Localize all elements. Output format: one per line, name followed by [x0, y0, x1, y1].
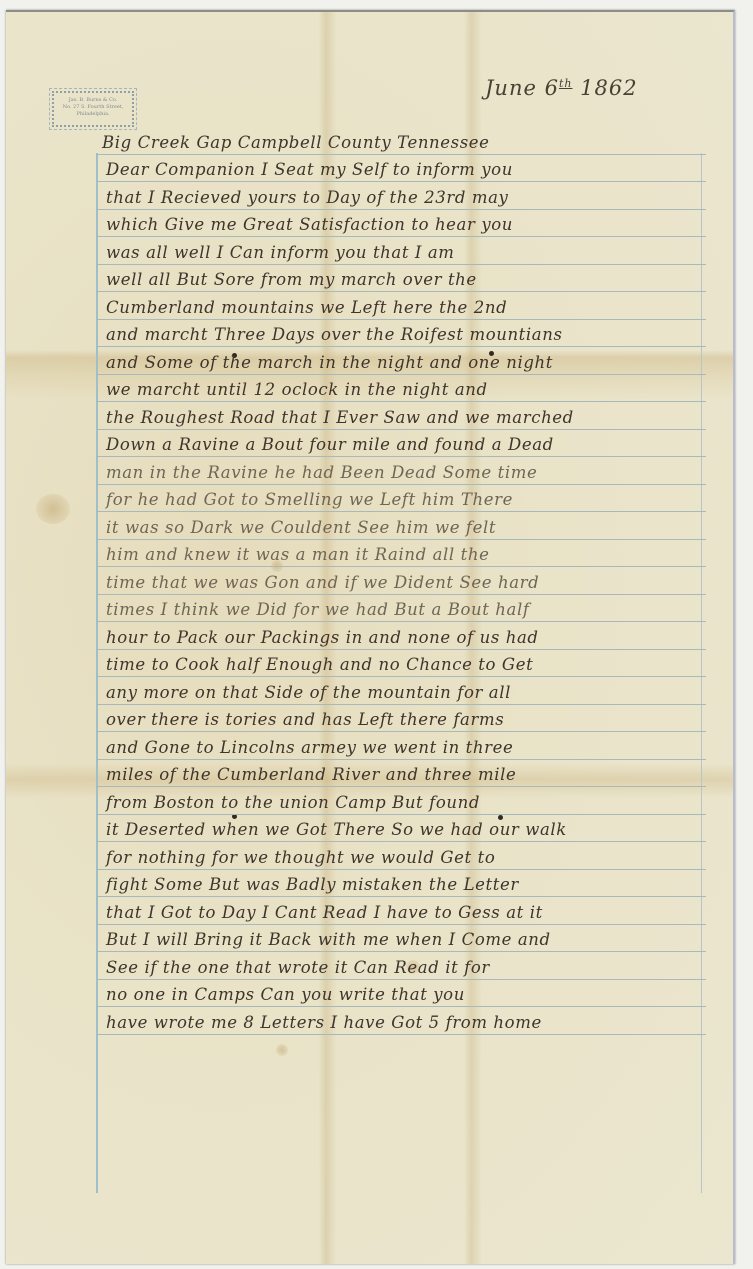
ink-spot	[276, 1044, 288, 1056]
line-text: hour to Pack our Packings in and none of…	[106, 628, 539, 647]
date-year: 1862	[580, 76, 637, 100]
letter-body: Big Creek Gap Campbell County Tennessee …	[96, 127, 706, 1035]
letter-line: from Boston to the union Camp But found	[96, 787, 706, 815]
letter-line: was all well I Can inform you that I am	[96, 237, 706, 265]
heading-text: Big Creek Gap Campbell County Tennessee	[102, 133, 490, 152]
line-text: and Some of the march in the night and o…	[106, 353, 553, 372]
line-text: no one in Camps Can you write that you	[106, 985, 465, 1004]
letter-line: Cumberland mountains we Left here the 2n…	[96, 292, 706, 320]
line-text: time that we was Gon and if we Dident Se…	[106, 573, 539, 592]
line-text: him and knew it was a man it Raind all t…	[106, 545, 489, 564]
line-text: well all But Sore from my march over the	[106, 270, 477, 289]
stamp-line: No. 27 S. Fourth Street,	[54, 104, 132, 111]
letter-line: and marcht Three Days over the Roifest m…	[96, 320, 706, 348]
letter-line: it Deserted when we Got There So we had …	[96, 815, 706, 843]
letter-line: and Some of the march in the night and o…	[96, 347, 706, 375]
line-text: man in the Ravine he had Been Dead Some …	[106, 463, 537, 482]
letter-line: Dear Companion I Seat my Self to inform …	[96, 155, 706, 183]
letter-line: time that we was Gon and if we Dident Se…	[96, 567, 706, 595]
letter-line: we marcht until 12 oclock in the night a…	[96, 375, 706, 403]
letter-line: hour to Pack our Packings in and none of…	[96, 622, 706, 650]
letter-line: times I think we Did for we had But a Bo…	[96, 595, 706, 623]
letter-line: miles of the Cumberland River and three …	[96, 760, 706, 788]
line-text: times I think we Did for we had But a Bo…	[106, 600, 530, 619]
line-text: over there is tories and has Left there …	[106, 710, 504, 729]
letter-line: have wrote me 8 Letters I have Got 5 fro…	[96, 1007, 706, 1035]
letter-line: him and knew it was a man it Raind all t…	[96, 540, 706, 568]
letter-line: and Gone to Lincolns armey we went in th…	[96, 732, 706, 760]
stamp-line: Philadelphia.	[54, 111, 132, 118]
line-text: miles of the Cumberland River and three …	[106, 765, 516, 784]
line-text: it Deserted when we Got There So we had …	[106, 820, 567, 839]
letter-line: fight Some But was Badly mistaken the Le…	[96, 870, 706, 898]
letter-line: See if the one that wrote it Can Read it…	[96, 952, 706, 980]
date-text: June 6	[485, 76, 559, 100]
line-text: Down a Ravine a Bout four mile and found…	[106, 435, 554, 454]
line-text: from Boston to the union Camp But found	[106, 793, 480, 812]
line-text: any more on that Side of the mountain fo…	[106, 683, 511, 702]
letter-line: which Give me Great Satisfaction to hear…	[96, 210, 706, 238]
letter-line: man in the Ravine he had Been Dead Some …	[96, 457, 706, 485]
letter-date: June 6th 1862	[485, 76, 638, 100]
line-text: and Gone to Lincolns armey we went in th…	[106, 738, 513, 757]
line-text: that I Got to Day I Cant Read I have to …	[106, 903, 543, 922]
letter-line: for he had Got to Smelling we Left him T…	[96, 485, 706, 513]
stamp-line: Jas. B. Burns & Co.	[54, 97, 132, 104]
letter-line: the Roughest Road that I Ever Saw and we…	[96, 402, 706, 430]
line-text: that I Recieved yours to Day of the 23rd…	[106, 188, 508, 207]
letter-line: it was so Dark we Couldent See him we fe…	[96, 512, 706, 540]
line-text: Dear Companion I Seat my Self to inform …	[106, 160, 513, 179]
letter-line: Down a Ravine a Bout four mile and found…	[96, 430, 706, 458]
letter-line: well all But Sore from my march over the	[96, 265, 706, 293]
letter-line: for nothing for we thought we would Get …	[96, 842, 706, 870]
letter-heading: Big Creek Gap Campbell County Tennessee	[96, 127, 706, 155]
date-suffix: th	[559, 77, 573, 90]
letter-line: over there is tories and has Left there …	[96, 705, 706, 733]
line-text: was all well I Can inform you that I am	[106, 243, 455, 262]
letter-line: any more on that Side of the mountain fo…	[96, 677, 706, 705]
line-text: fight Some But was Badly mistaken the Le…	[106, 875, 519, 894]
line-text: we marcht until 12 oclock in the night a…	[106, 380, 488, 399]
letter-line: that I Got to Day I Cant Read I have to …	[96, 897, 706, 925]
line-text: Cumberland mountains we Left here the 2n…	[106, 298, 507, 317]
letter-line: no one in Camps Can you write that you	[96, 980, 706, 1008]
letter-line: that I Recieved yours to Day of the 23rd…	[96, 182, 706, 210]
line-text: it was so Dark we Couldent See him we fe…	[106, 518, 496, 537]
line-text: which Give me Great Satisfaction to hear…	[106, 215, 513, 234]
line-text: time to Cook half Enough and no Chance t…	[106, 655, 533, 674]
line-text: and marcht Three Days over the Roifest m…	[106, 325, 563, 344]
line-text: But I will Bring it Back with me when I …	[106, 930, 551, 949]
line-text: See if the one that wrote it Can Read it…	[106, 958, 490, 977]
letter-line: But I will Bring it Back with me when I …	[96, 925, 706, 953]
line-text: the Roughest Road that I Ever Saw and we…	[106, 408, 574, 427]
line-text: for nothing for we thought we would Get …	[106, 848, 495, 867]
water-stain	[36, 494, 70, 524]
line-text: for he had Got to Smelling we Left him T…	[106, 490, 513, 509]
stationer-stamp: Jas. B. Burns & Co. No. 27 S. Fourth Str…	[52, 91, 134, 127]
letter-line: time to Cook half Enough and no Chance t…	[96, 650, 706, 678]
line-text: have wrote me 8 Letters I have Got 5 fro…	[106, 1013, 542, 1032]
